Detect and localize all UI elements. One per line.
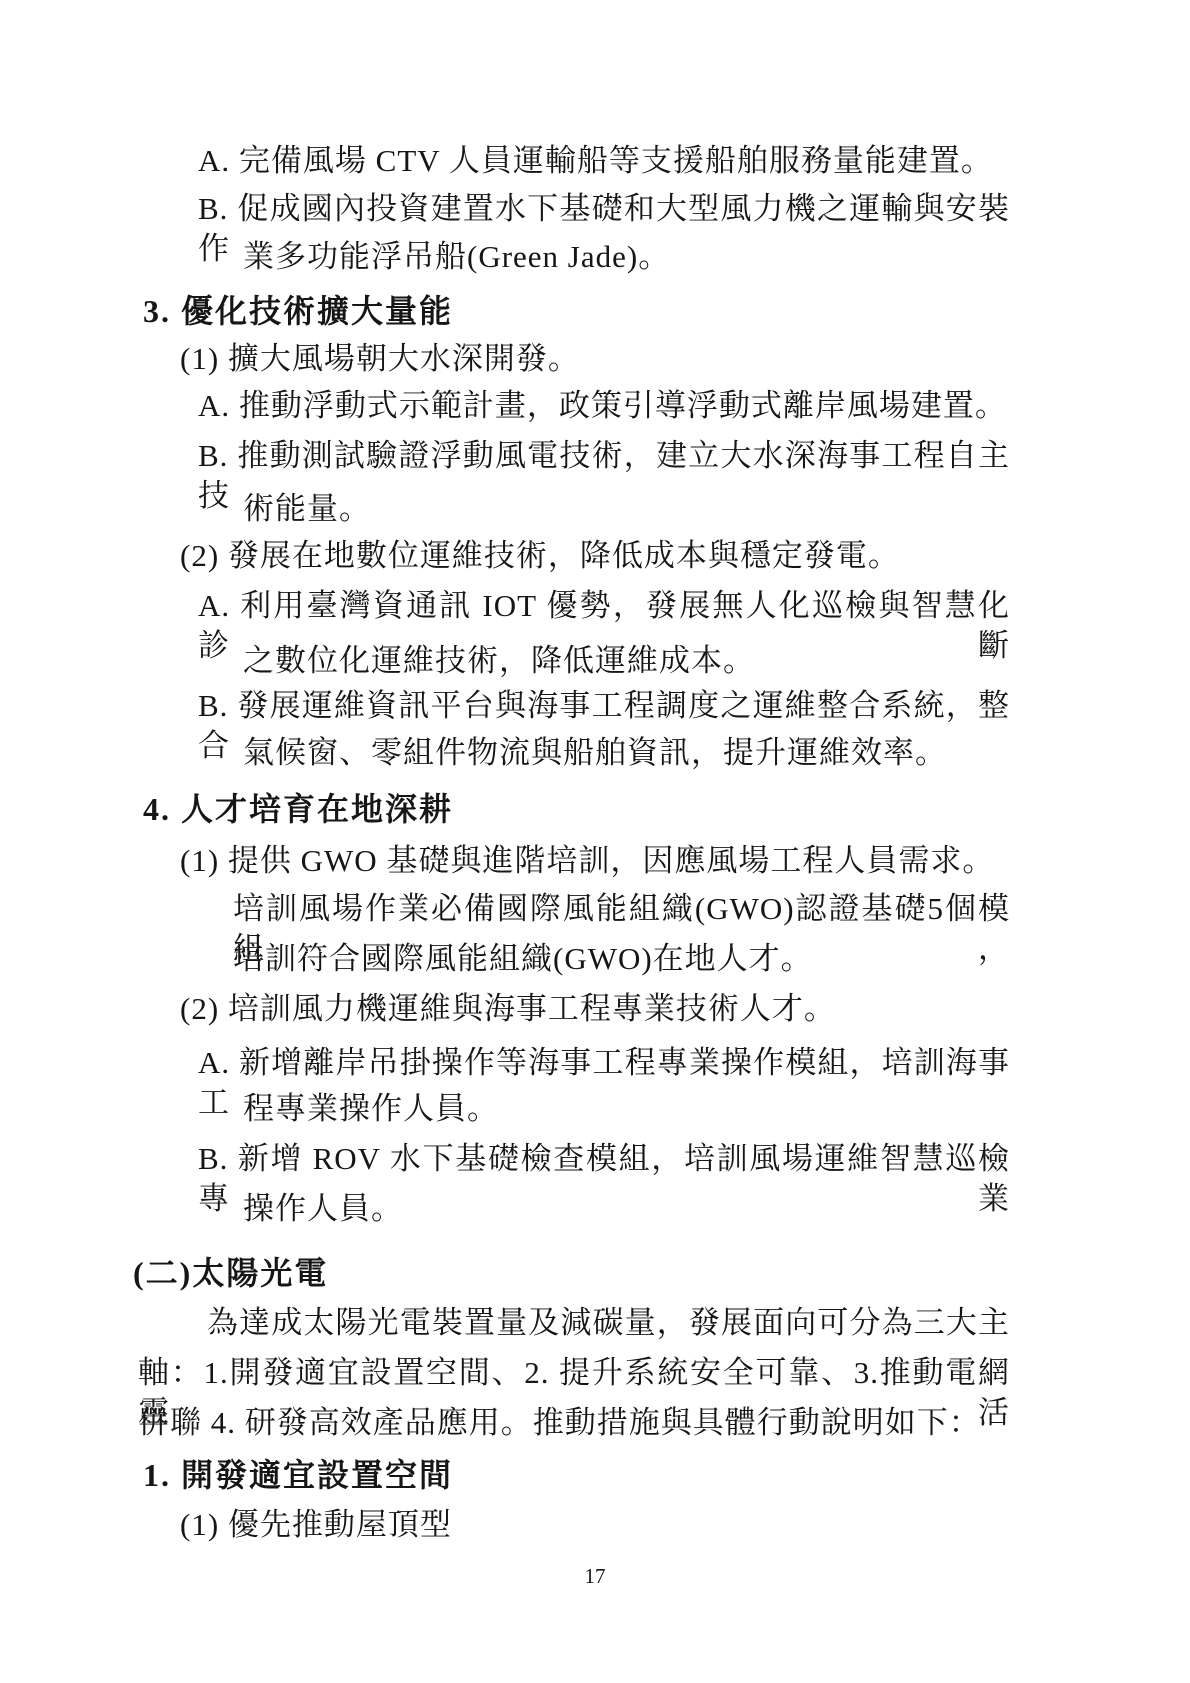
doc-line-green-jade-2: 業多功能浮吊船(Green Jade)。 [243,237,670,277]
doc-line-iot-2: 之數位化運維技術，降低運維成本。 [243,641,755,681]
doc-line-floating-test-2: 術能量。 [243,489,371,529]
doc-line-gwo-modules-2: 培訓符合國際風能組織(GWO)在地人才。 [233,939,813,979]
doc-line-deep-water: (1) 擴大風場朝大水深開發。 [180,339,580,379]
heading-4-talent: 4. 人才培育在地深耕 [143,789,453,829]
heading-3-optimize-tech: 3. 優化技術擴大量能 [143,291,453,331]
doc-line-rooftop: (1) 優先推動屋頂型 [180,1505,452,1545]
doc-line-solar-intro-3: 併聯 4. 研發高效產品應用。推動措施與具體行動說明如下： [138,1403,981,1443]
doc-line-marine-talent: (2) 培訓風力機運維與海事工程專業技術人才。 [180,989,836,1029]
doc-line-lifting-2: 程專業操作人員。 [243,1089,499,1129]
doc-line-floating-demo: A. 推動浮動式示範計畫，政策引導浮動式離岸風場建置。 [198,386,1007,426]
doc-line-gwo-training: (1) 提供 GWO 基礎與進階培訓，因應風場工程人員需求。 [180,841,994,881]
doc-line-rov-2: 操作人員。 [243,1189,403,1229]
doc-line-ctv-vessel: A. 完備風場 CTV 人員運輸船等支援船舶服務量能建置。 [198,141,993,181]
page-number: 17 [0,1556,1190,1596]
document-page: A. 完備風場 CTV 人員運輸船等支援船舶服務量能建置。 B. 促成國內投資建… [0,0,1190,1683]
doc-line-solar-intro-1: 為達成太陽光電裝置量及減碳量，發展面向可分為三大主 [207,1303,1010,1343]
doc-line-om-platform-2: 氣候窗、零組件物流與船舶資訊，提升運維效率。 [243,733,947,773]
doc-line-digital-om: (2) 發展在地數位運維技術，降低成本與穩定發電。 [180,536,900,576]
heading-solar-pv: (二)太陽光電 [133,1253,328,1293]
heading-1-suitable-space: 1. 開發適宜設置空間 [143,1455,453,1495]
